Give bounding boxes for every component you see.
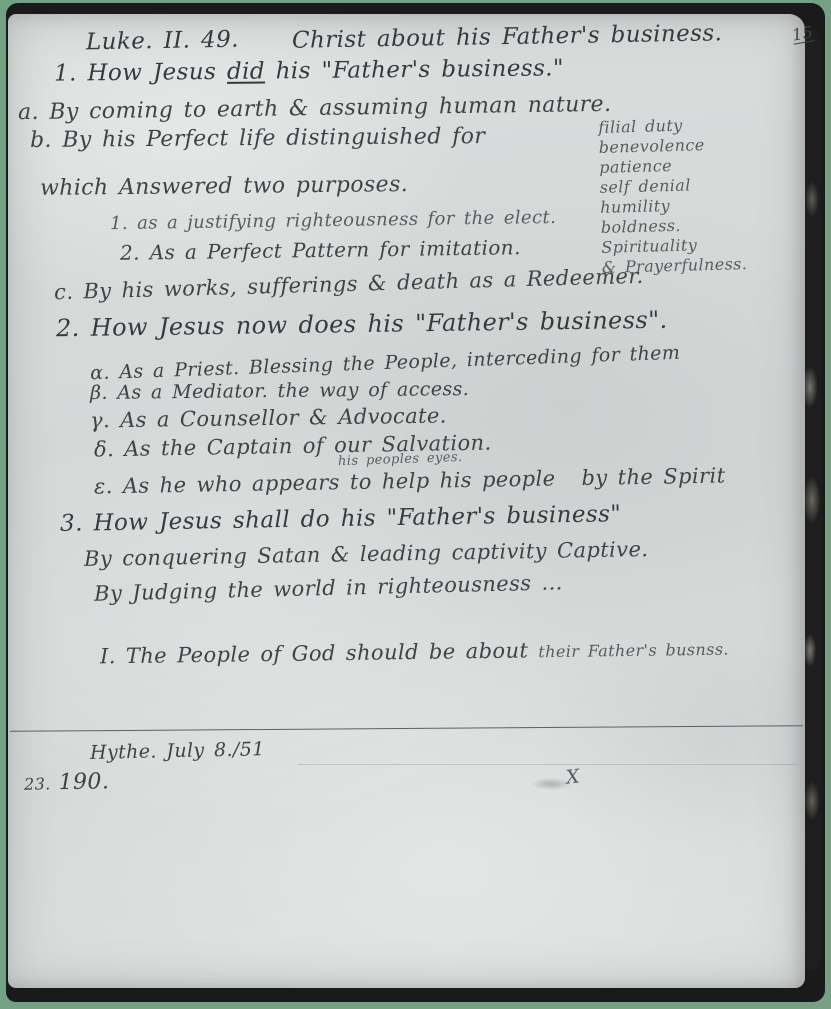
section-1-point-a: a. By coming to earth & assuming human n… — [18, 92, 612, 125]
catalog-numbers: 23.190. — [24, 769, 110, 795]
section-2-heading: 2. How Jesus now does his "Father's busi… — [56, 306, 668, 343]
x-mark: X — [565, 765, 581, 788]
scripture-reference: Luke. II. 49. — [86, 27, 239, 56]
section-2-item-gamma: γ. As a Counsellor & Advocate. — [90, 404, 447, 433]
inference-tail: their Father's busnss. — [538, 640, 729, 662]
catalog-number-large: 190. — [58, 769, 109, 795]
epsilon-main: ε. As he who appears to help his people — [94, 466, 556, 498]
purposes-intro: which Answered two purposes. — [40, 172, 408, 201]
section-1-heading: 1. How Jesus did his "Father's business.… — [54, 55, 564, 86]
inference-line: I. The People of God should be about the… — [100, 636, 729, 669]
epsilon-tail: by the Spirit — [581, 463, 725, 490]
section-2-item-beta: β. As a Mediator. the way of access. — [90, 378, 469, 404]
page-number: 15 — [791, 22, 815, 44]
manuscript-page: Luke. II. 49. Christ about his Father's … — [8, 14, 805, 988]
section-1-point-b: b. By his Perfect life distinguished for — [30, 124, 485, 153]
inference-main: I. The People of God should be about — [100, 638, 539, 668]
section-1-heading-prefix: 1. How Jesus — [54, 59, 227, 87]
section-1-heading-suffix: his "Father's business." — [265, 55, 564, 84]
section-2-item-epsilon: ε. As he who appears to help his peopleb… — [94, 463, 726, 498]
purpose-1: 1. as a justifying righteousness for the… — [110, 207, 557, 234]
purpose-2: 2. As a Perfect Pattern for imitation. — [120, 235, 521, 265]
qualities-list: filial duty benevolence patience self de… — [598, 114, 748, 278]
sermon-title: Christ about his Father's business. — [292, 20, 723, 54]
section-3-line-2: By Judging the world in righteousness ..… — [94, 570, 563, 605]
footer-rule — [10, 725, 803, 732]
section-3-line-1: By conquering Satan & leading captivity … — [84, 537, 649, 571]
section-1-heading-did: did — [227, 58, 265, 84]
place-date: Hythe. July 8./51 — [90, 738, 265, 764]
section-3-heading: 3. How Jesus shall do his "Father's busi… — [60, 501, 622, 537]
section-1-point-c: c. By his works, sufferings & death as a… — [54, 264, 644, 304]
catalog-number-small: 23. — [24, 774, 51, 793]
faint-rule — [298, 764, 798, 765]
epsilon-insertion: his peoples eyes. — [338, 450, 463, 469]
